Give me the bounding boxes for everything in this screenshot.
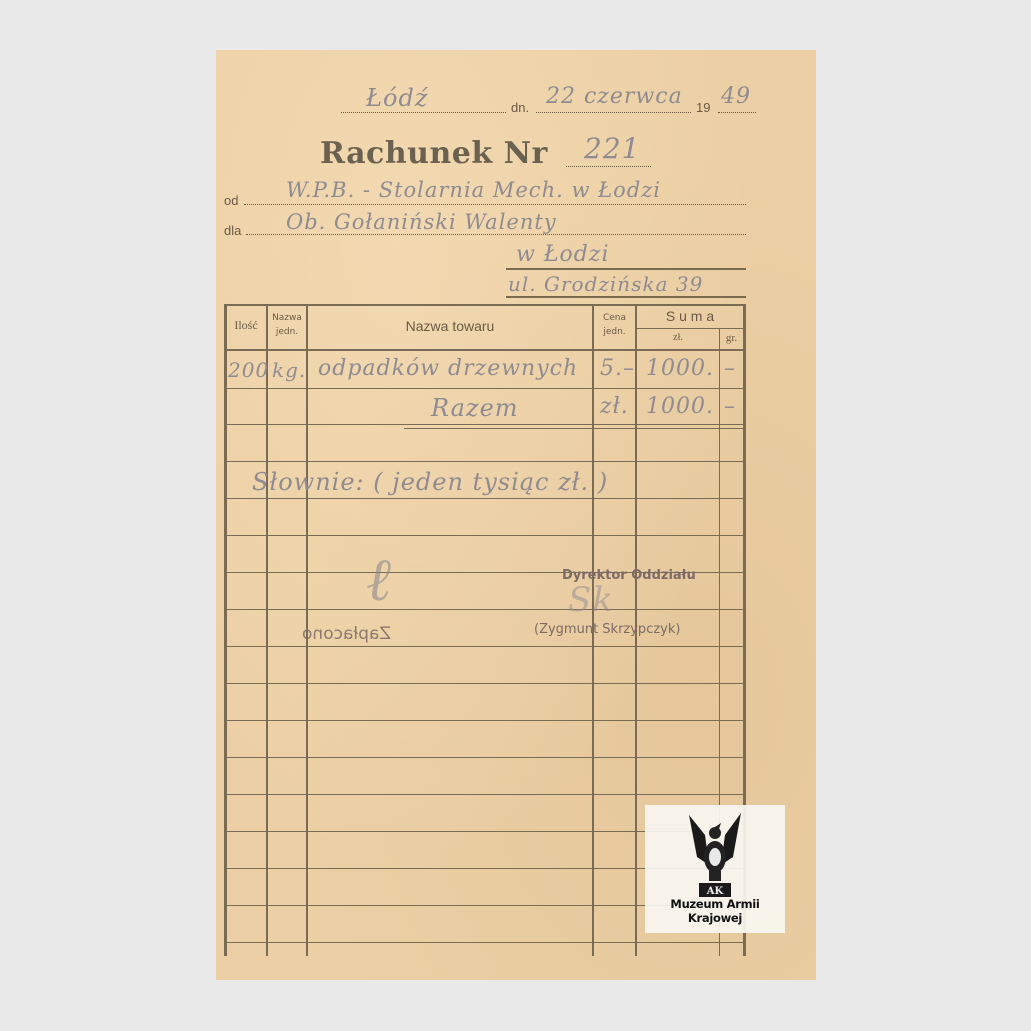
year-prefix: 19 bbox=[696, 100, 710, 115]
header-zl: zł. bbox=[637, 332, 719, 343]
place-dotted-line bbox=[341, 112, 506, 113]
director-name-stamp: (Zygmunt Skrzypczyk) bbox=[534, 622, 680, 637]
invoice-number-handwritten: 221 bbox=[584, 132, 640, 165]
row-line bbox=[226, 535, 744, 536]
total-double-underline bbox=[404, 428, 744, 429]
table-top-border bbox=[224, 304, 746, 306]
row-goods: odpadków drzewnych bbox=[318, 356, 578, 381]
from-handwritten: W.P.B. - Stolarnia Mech. w Łodzi bbox=[286, 178, 661, 202]
row-line bbox=[226, 461, 744, 462]
paid-stamp-mirrored: Zapłacono bbox=[302, 624, 391, 644]
total-currency: zł. bbox=[600, 394, 629, 419]
number-dotted-line bbox=[566, 166, 651, 167]
row-line bbox=[226, 388, 744, 389]
table-header-border bbox=[224, 349, 746, 351]
row-line bbox=[226, 757, 744, 758]
signature-scribble: ℓ bbox=[366, 545, 392, 615]
header-gr: gr. bbox=[720, 332, 743, 344]
header-unit-line2: jedn. bbox=[268, 326, 306, 338]
address-street-handwritten: ul. Grodzińska 39 bbox=[508, 272, 703, 296]
row-price: 5.– bbox=[600, 356, 635, 381]
row-line bbox=[226, 498, 744, 499]
eagle-emblem-icon: AK bbox=[645, 805, 785, 905]
row-line bbox=[226, 646, 744, 647]
invoice-document: Łódź dn. 22 czerwca 19 49 Rachunek Nr 22… bbox=[216, 50, 816, 980]
total-sum-gr: – bbox=[724, 394, 736, 419]
year-dotted-line bbox=[718, 112, 756, 113]
row-line bbox=[226, 720, 744, 721]
year-handwritten: 49 bbox=[721, 84, 751, 109]
museum-watermark: AK Muzeum Armii Krajowej bbox=[645, 805, 785, 933]
header-qty: Ilość bbox=[226, 318, 266, 333]
header-price-line2: jedn. bbox=[594, 326, 635, 338]
address-city-handwritten: w Łodzi bbox=[516, 242, 610, 267]
paid-stamp-text: Zapłacono bbox=[302, 624, 391, 644]
row-line bbox=[226, 794, 744, 795]
museum-label: Muzeum Armii Krajowej bbox=[645, 897, 785, 925]
row-line bbox=[226, 942, 744, 943]
address-line-2 bbox=[506, 296, 746, 298]
col-border-left bbox=[224, 304, 227, 956]
director-signature: Sk bbox=[568, 580, 614, 620]
row-qty: 200 bbox=[228, 358, 269, 382]
date-handwritten: 22 czerwca bbox=[546, 84, 683, 109]
row-sum-zl: 1000. bbox=[646, 356, 714, 381]
total-label: Razem bbox=[431, 394, 519, 422]
header-price-line1: Cena bbox=[594, 312, 635, 324]
address-line-1 bbox=[506, 268, 746, 270]
header-unit-line1: Nazwa bbox=[268, 312, 306, 324]
place-handwritten: Łódź bbox=[366, 84, 429, 112]
to-label: dla bbox=[224, 223, 241, 238]
invoice-title: Rachunek Nr bbox=[320, 136, 548, 171]
from-dotted-line bbox=[244, 204, 746, 205]
col-border-qty bbox=[266, 304, 268, 956]
date-dotted-line bbox=[536, 112, 691, 113]
to-dotted-line bbox=[246, 234, 746, 235]
row-line bbox=[226, 424, 744, 425]
row-sum-gr: – bbox=[724, 356, 736, 381]
row-line bbox=[226, 683, 744, 684]
amount-in-words: Słownie: ( jeden tysiąc zł. ) bbox=[252, 468, 608, 496]
header-goods: Nazwa towaru bbox=[308, 318, 592, 334]
date-label: dn. bbox=[511, 100, 529, 115]
sum-split-line bbox=[637, 328, 746, 329]
from-label: od bbox=[224, 193, 238, 208]
total-sum-zl: 1000. bbox=[646, 394, 714, 419]
ak-emblem-text: AK bbox=[706, 886, 724, 897]
row-unit: kg. bbox=[272, 358, 306, 382]
row-line bbox=[226, 609, 744, 610]
header-sum: S u m a bbox=[637, 308, 743, 324]
to-handwritten: Ob. Gołaniński Walenty bbox=[286, 210, 557, 234]
